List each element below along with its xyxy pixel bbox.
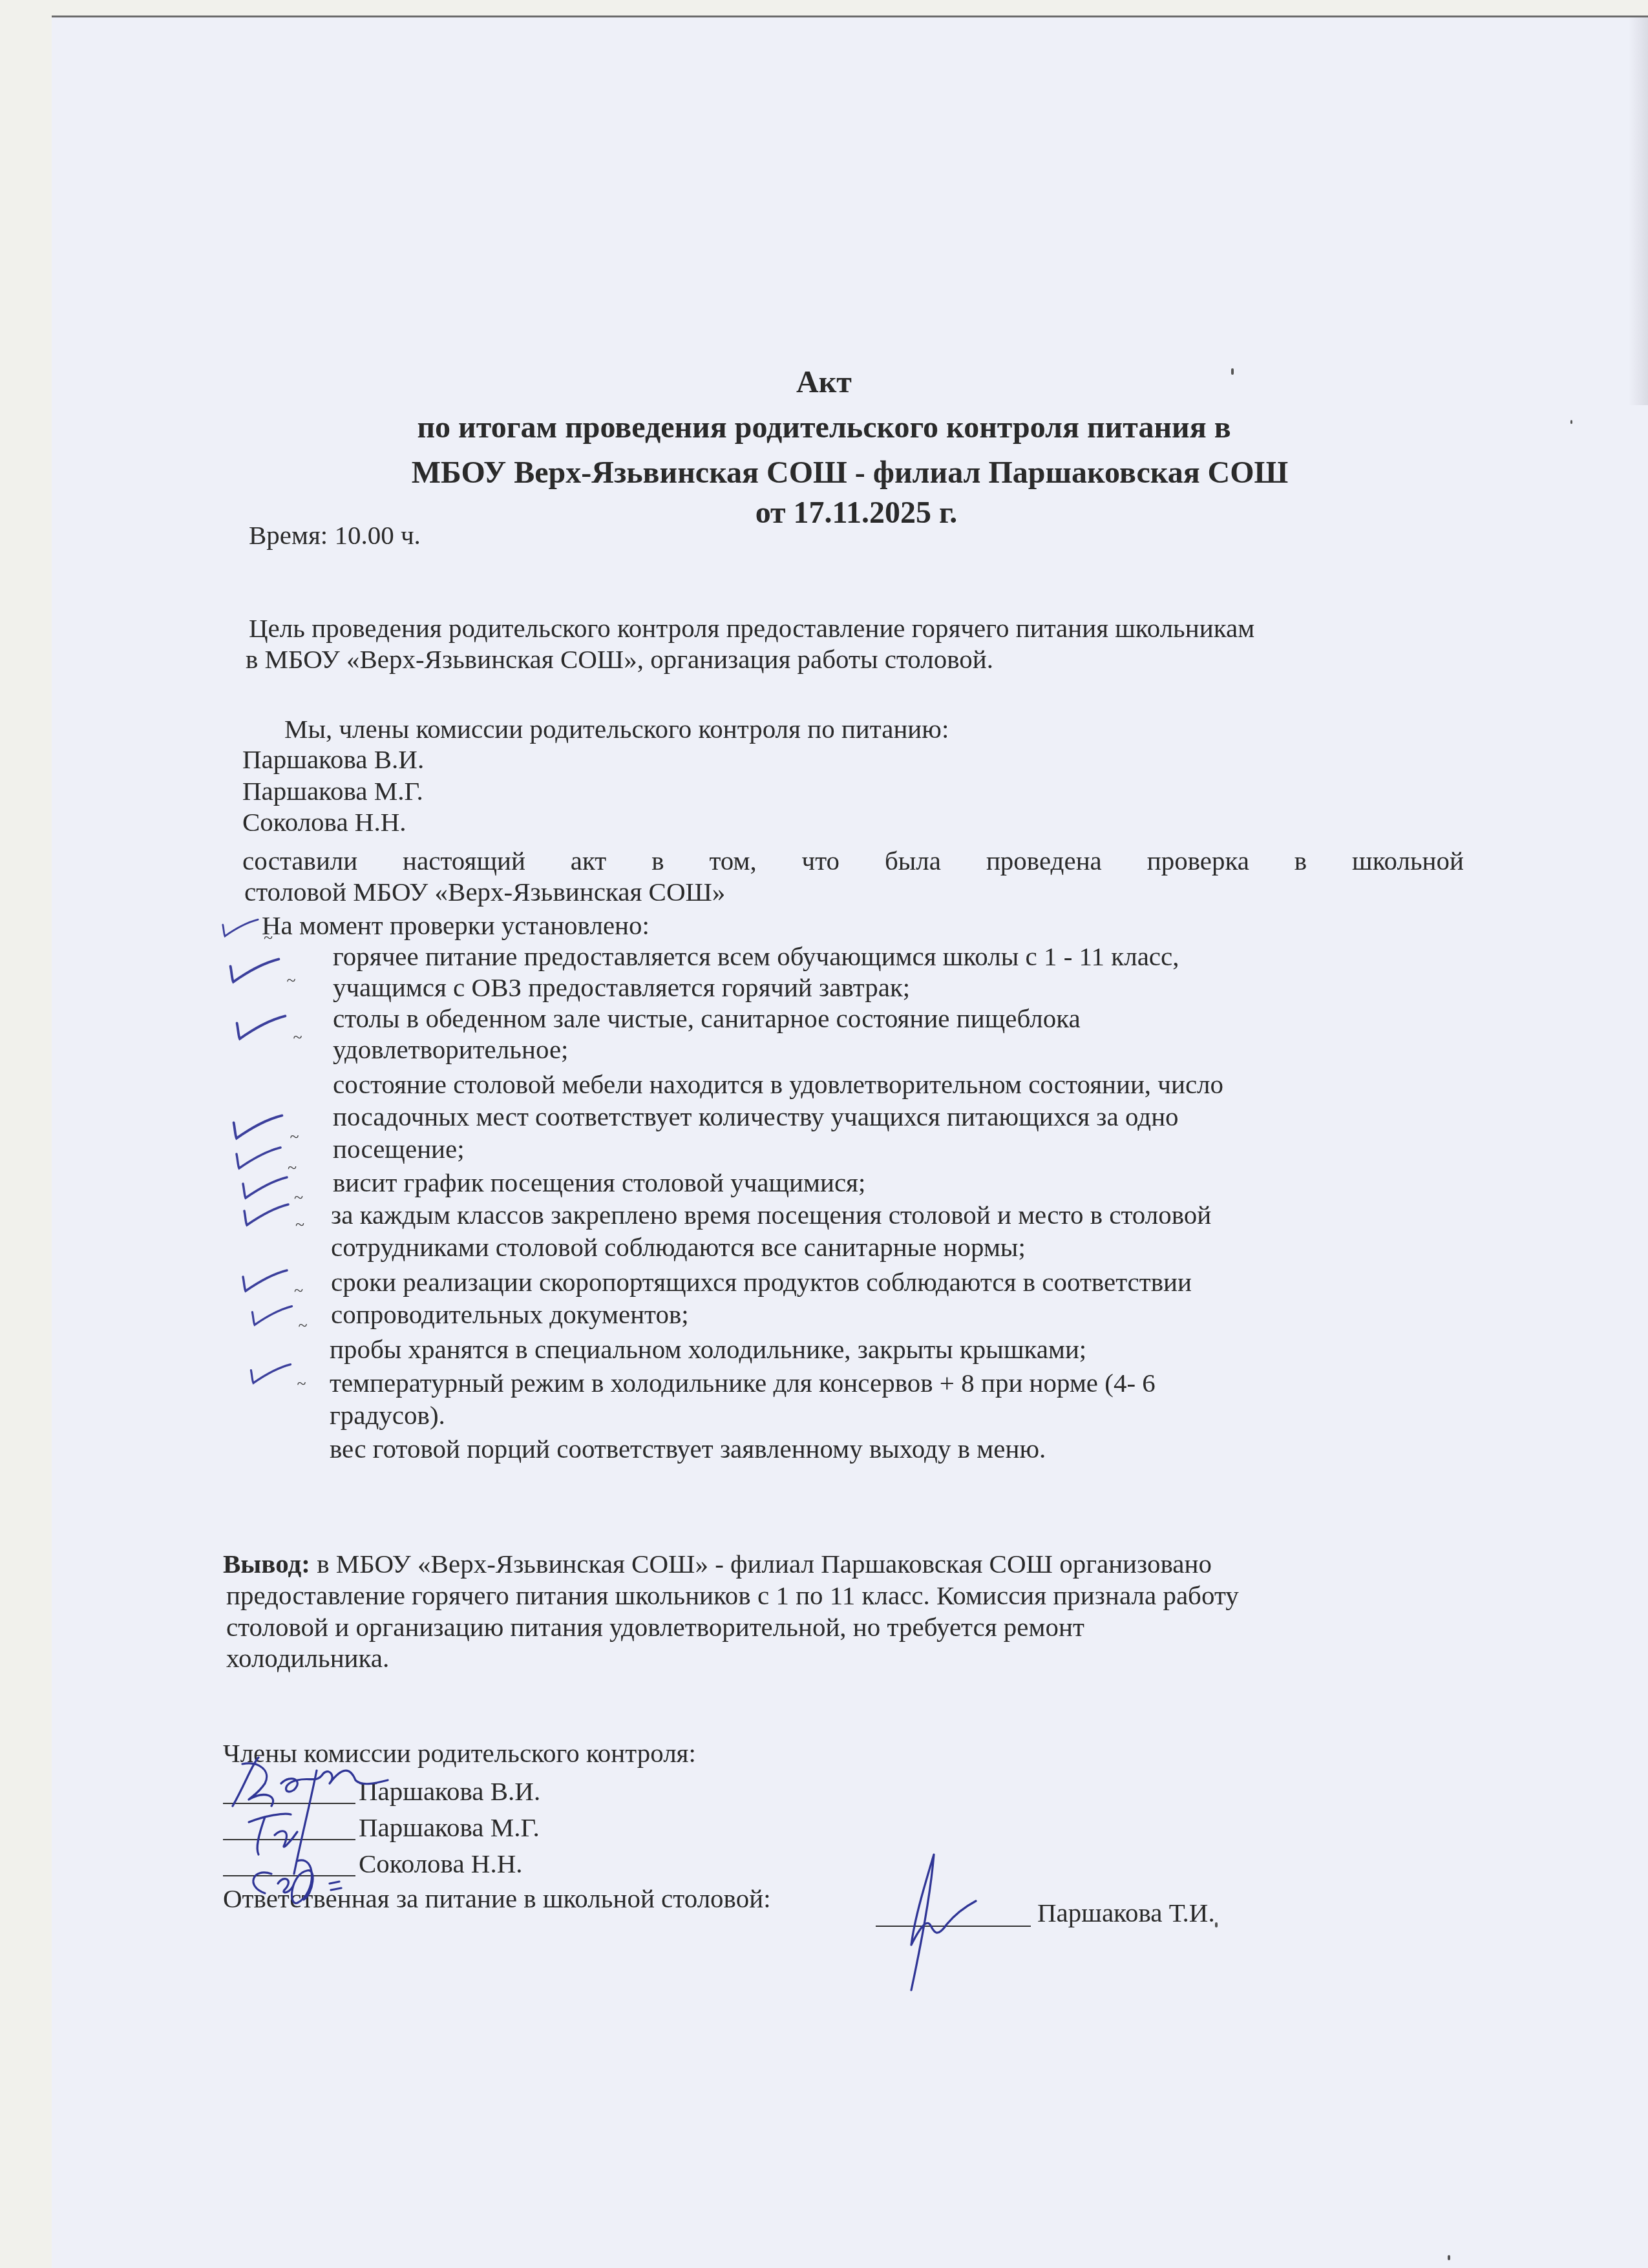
finding-line: сотрудниками столовой соблюдаются все са… bbox=[331, 1234, 1026, 1261]
member-2: Паршакова М.Г. bbox=[242, 778, 423, 804]
tilde-mark-icon: ~ bbox=[294, 1188, 303, 1207]
finding-line: вес готовой порций соответствует заявлен… bbox=[330, 1436, 1046, 1462]
checkmark-icon bbox=[240, 1202, 292, 1228]
scan-speck bbox=[1215, 1922, 1218, 1927]
finding-line: состояние столовой мебели находится в уд… bbox=[333, 1071, 1223, 1098]
purpose-line1: Цель проведения родительского контроля п… bbox=[249, 615, 1254, 642]
finding-line: посадочных мест соответствует количеству… bbox=[333, 1104, 1179, 1130]
tilde-mark-icon: ~ bbox=[294, 1281, 303, 1300]
conclusion-label: Вывод: bbox=[223, 1549, 310, 1579]
responsible-name: Паршакова Т.И. bbox=[1037, 1900, 1215, 1926]
tilde-mark-icon: ~ bbox=[299, 1316, 308, 1335]
finding-line: висит график посещения столовой учащимис… bbox=[333, 1170, 865, 1196]
finding-line: посещение; bbox=[333, 1136, 465, 1162]
statement-line2: столовой МБОУ «Верх-Язьвинская СОШ» bbox=[244, 879, 725, 905]
checkmark-icon bbox=[233, 1013, 290, 1042]
signature-scribble-members bbox=[220, 1745, 427, 1913]
conclusion-line3: столовой и организацию питания удовлетво… bbox=[226, 1614, 1084, 1641]
finding-line: столы в обеденном зале чистые, санитарно… bbox=[333, 1005, 1081, 1032]
purpose-line2: в МБОУ «Верх-Язьвинская СОШ», организаци… bbox=[246, 646, 993, 673]
scan-speck bbox=[1448, 2255, 1450, 2260]
finding-line: за каждым классов закреплено время посещ… bbox=[331, 1202, 1211, 1228]
checkmark-icon bbox=[226, 956, 283, 985]
inspection-time: Время: 10.00 ч. bbox=[249, 522, 421, 549]
document-title: Акт bbox=[0, 367, 1648, 398]
finding-line: пробы хранятся в специальном холодильник… bbox=[330, 1336, 1086, 1363]
scan-speck bbox=[1570, 420, 1572, 424]
finding-line: сопроводительных документов; bbox=[331, 1301, 689, 1328]
member-1: Паршакова В.И. bbox=[242, 746, 424, 773]
finding-line: горячее питание предоставляется всем обу… bbox=[333, 943, 1179, 970]
checkmark-icon bbox=[239, 1175, 291, 1201]
tilde-mark-icon: ~ bbox=[295, 1215, 304, 1234]
checkmark-icon bbox=[248, 1362, 294, 1385]
commission-intro: Мы, члены комиссии родительского контрол… bbox=[284, 716, 949, 742]
finding-line: сроки реализации скоропортящихся продукт… bbox=[331, 1269, 1192, 1296]
tilde-mark-icon: ~ bbox=[290, 1127, 299, 1146]
document-subtitle-line1: по итогам проведения родительского контр… bbox=[0, 412, 1648, 443]
signature-scribble-responsible bbox=[885, 1842, 1053, 1997]
tilde-mark-icon: ~ bbox=[293, 1027, 302, 1047]
checkmark-icon bbox=[233, 1145, 284, 1171]
checkmark-icon bbox=[239, 1268, 291, 1294]
statement-line1: составили настоящий акт в том, что была … bbox=[242, 848, 1464, 874]
finding-line: удовлетворительное; bbox=[333, 1036, 569, 1063]
finding-line: температурный режим в холодильнике для к… bbox=[330, 1370, 1156, 1396]
tilde-mark-icon: ~ bbox=[297, 1374, 306, 1393]
member-3: Соколова Н.Н. bbox=[242, 809, 407, 835]
document-subtitle-line2: МБОУ Верх-Язьвинская СОШ - филиал Паршак… bbox=[26, 457, 1648, 488]
conclusion-line4: холодильника. bbox=[226, 1645, 389, 1672]
tilde-mark-icon: ~ bbox=[287, 971, 296, 990]
tilde-mark-icon: ~ bbox=[264, 928, 273, 947]
findings-intro: На момент проверки установлено: bbox=[262, 912, 650, 939]
scan-speck bbox=[1231, 368, 1234, 375]
checkmark-icon bbox=[220, 918, 261, 938]
checkmark-icon bbox=[249, 1304, 295, 1327]
conclusion-line1: Вывод: в МБОУ «Верх-Язьвинская СОШ» - фи… bbox=[223, 1551, 1212, 1577]
conclusion-line2: предоставление горячего питания школьник… bbox=[226, 1582, 1239, 1609]
finding-line: градусов). bbox=[330, 1402, 445, 1429]
checkmark-icon bbox=[229, 1113, 286, 1141]
finding-line: учащимся с ОВЗ предоставляется горячий з… bbox=[333, 974, 910, 1001]
